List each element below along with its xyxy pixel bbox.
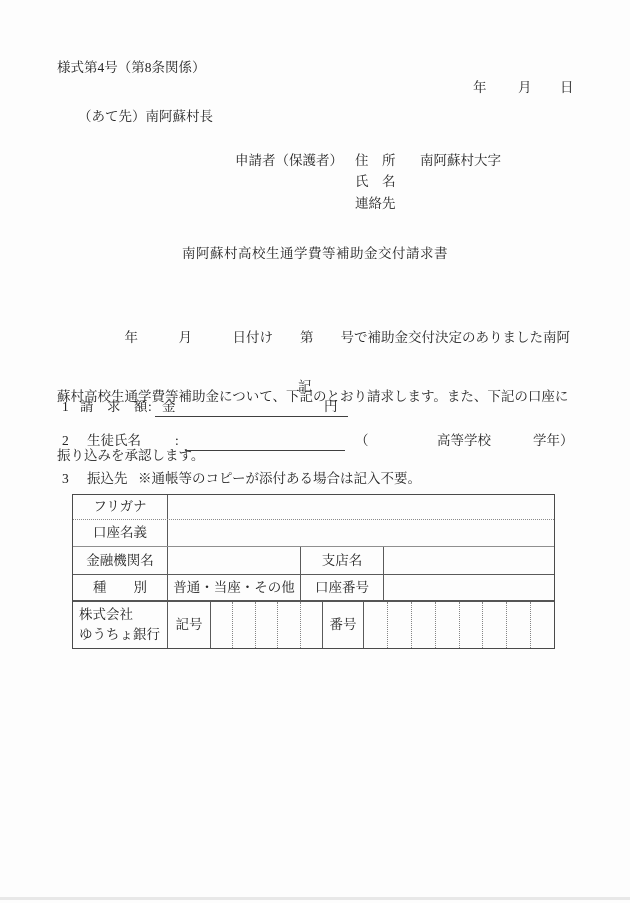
body-line: 年 月 日付け 第 号で補助金交付決定のありました南阿 xyxy=(57,328,575,348)
transfer-account-table: フリガナ 口座名義 金融機関名 支店名 種 別 普通・当座・その他 口座番号 株… xyxy=(72,494,555,649)
bango-digit-cell xyxy=(459,602,483,648)
school-label: 高等学校 xyxy=(437,434,491,448)
account-number-value-cell xyxy=(384,575,554,600)
applicant-label: 申請者（保護者） xyxy=(235,154,343,168)
item3-note: ※通帳等のコピーが添付ある場合は記入不要。 xyxy=(138,472,421,486)
document-title: 南阿蘇村高校生通学費等補助金交付請求書 xyxy=(0,247,630,261)
contact-label: 連絡先 xyxy=(355,197,396,211)
kigo-digit-cell xyxy=(232,602,254,648)
item3-number: 3 xyxy=(62,472,69,486)
bango-digit-cell xyxy=(364,602,387,648)
bango-digit-cell xyxy=(435,602,459,648)
yucho-label-line1: 株式会社 xyxy=(79,605,133,625)
furigana-row: フリガナ xyxy=(73,495,554,519)
account-type-options-cell: 普通・当座・その他 xyxy=(168,575,301,600)
kigo-digit-cell xyxy=(255,602,277,648)
bank-name-label-cell: 金融機関名 xyxy=(73,547,168,574)
page-bottom-edge xyxy=(0,897,630,900)
kigo-digit-cell xyxy=(300,602,322,648)
account-name-value-cell xyxy=(168,520,554,546)
bango-digit-cell xyxy=(387,602,411,648)
date-day-label: 日 xyxy=(560,81,574,95)
kigo-digit-cell xyxy=(277,602,299,648)
furigana-label-cell: フリガナ xyxy=(73,495,168,519)
form-number: 様式第4号（第8条関係） xyxy=(57,61,206,75)
address-value: 南阿蘇村大字 xyxy=(420,154,501,168)
item1-colon: : xyxy=(148,400,152,414)
branch-name-label-cell: 支店名 xyxy=(301,547,384,574)
addressee: （あて先）南阿蘇村長 xyxy=(78,110,213,124)
document-page: 様式第4号（第8条関係） 年 月 日 （あて先）南阿蘇村長 申請者（保護者） 住… xyxy=(0,0,630,903)
furigana-value-cell xyxy=(168,495,554,519)
item2-number: 2 xyxy=(62,434,69,448)
ki-mark: 記 xyxy=(298,380,312,394)
grade-label: 学年） xyxy=(533,434,574,448)
bango-digit-cell xyxy=(530,602,554,648)
amount-unit: 円 xyxy=(324,400,338,414)
date-month-label: 月 xyxy=(518,81,532,95)
yucho-label-line2: ゆうちょ銀行 xyxy=(79,625,160,645)
kigo-digit-cells xyxy=(211,602,323,648)
bango-digit-cell xyxy=(482,602,506,648)
account-name-label-cell: 口座名義 xyxy=(73,520,168,546)
item3-label: 振込先 xyxy=(87,472,128,486)
bango-label-cell: 番号 xyxy=(323,602,364,648)
bank-branch-row: 金融機関名 支店名 xyxy=(73,546,554,574)
yucho-bank-label-cell: 株式会社 ゆうちょ銀行 xyxy=(73,602,168,648)
bank-name-value-cell xyxy=(168,547,301,574)
branch-name-value-cell xyxy=(384,547,554,574)
item1-number: 1 xyxy=(62,400,69,414)
account-number-label-cell: 口座番号 xyxy=(301,575,384,600)
address-label: 住 所 xyxy=(355,154,396,168)
item2-label: 生徒氏名 xyxy=(87,434,141,448)
item1-label: 請 求 額 xyxy=(80,400,148,414)
item2-colon: : xyxy=(175,434,179,448)
student-name-blank-line xyxy=(185,434,345,451)
bango-digit-cell xyxy=(506,602,530,648)
paren-open: （ xyxy=(355,434,369,448)
amount-prefix: 金 xyxy=(162,400,176,414)
date-year-label: 年 xyxy=(473,81,487,95)
kigo-digit-cell xyxy=(211,602,232,648)
bango-digit-cell xyxy=(411,602,435,648)
account-type-label-cell: 種 別 xyxy=(73,575,168,600)
bango-digit-cells xyxy=(364,602,554,648)
account-name-row: 口座名義 xyxy=(73,519,554,546)
name-label: 氏 名 xyxy=(355,175,396,189)
yucho-row: 株式会社 ゆうちょ銀行 記号 番号 xyxy=(73,600,554,648)
type-number-row: 種 別 普通・当座・その他 口座番号 xyxy=(73,574,554,600)
kigo-label-cell: 記号 xyxy=(168,602,211,648)
amount-blank-line xyxy=(155,400,348,417)
